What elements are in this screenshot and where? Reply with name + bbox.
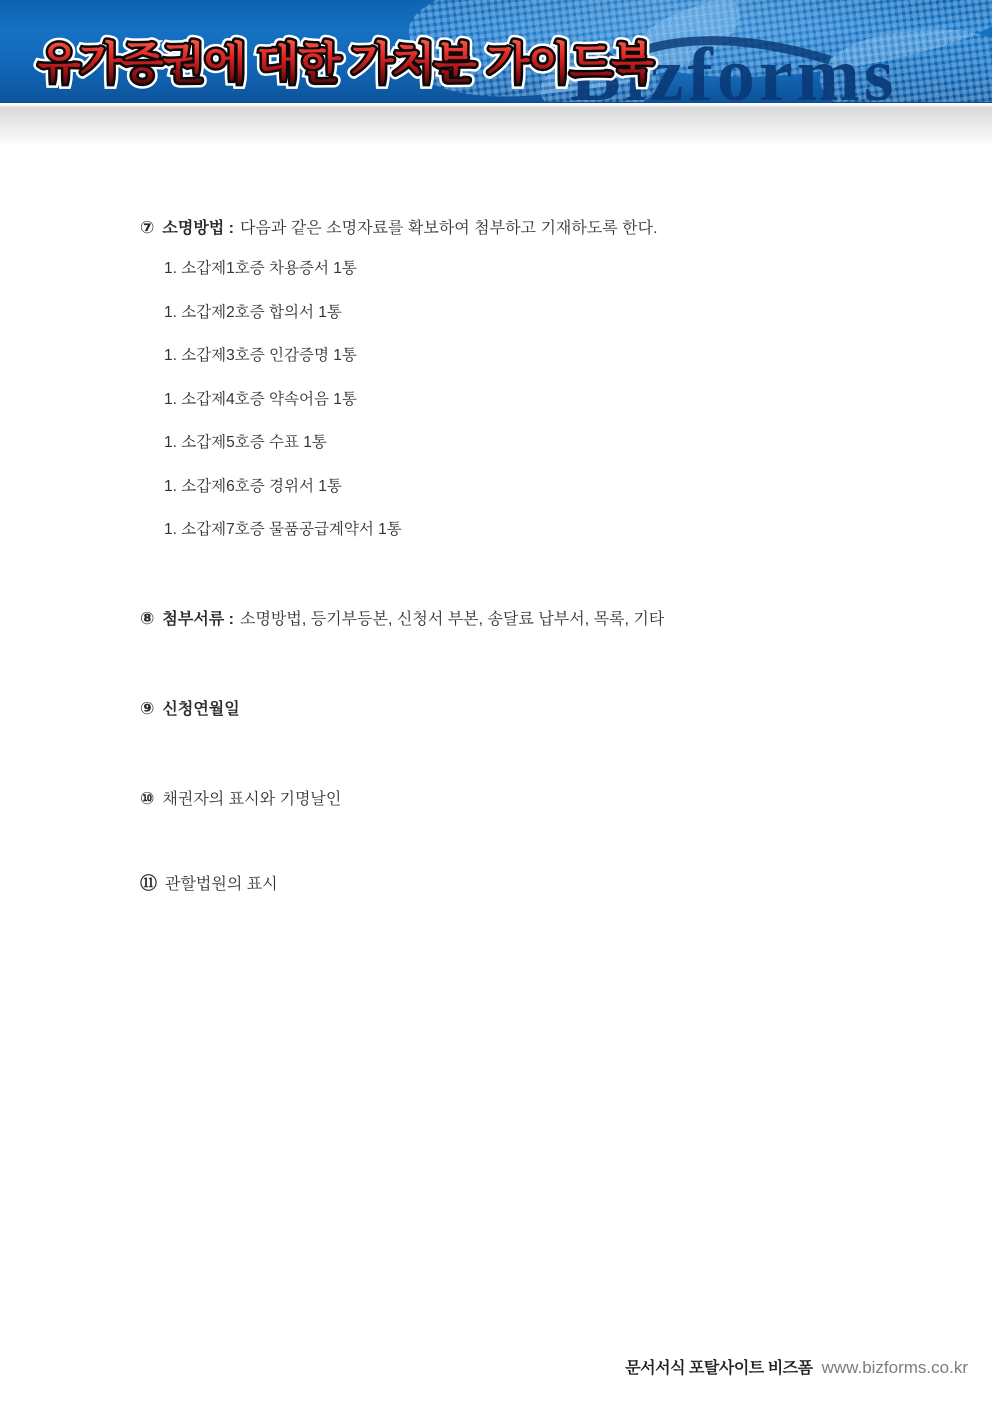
footer-url: www.bizforms.co.kr bbox=[822, 1358, 968, 1378]
circled-number-8: ⑧ bbox=[140, 609, 154, 628]
section-somyeong-bangbeop: ⑦소명방법 :다음과 같은 소명자료를 확보하여 첨부하고 기재하도록 한다. bbox=[140, 215, 658, 238]
section-text: 관할법원의 표시 bbox=[165, 876, 278, 893]
footer-site-label: 문서서식 포탈사이트 비즈폼 bbox=[625, 1355, 812, 1378]
footer-branding: 문서서식 포탈사이트 비즈폼 www.bizforms.co.kr bbox=[625, 1355, 968, 1378]
section-text: 소명방법, 등기부등본, 신청서 부본, 송달료 납부서, 목록, 기타 bbox=[240, 611, 664, 628]
circled-number-9: ⑨ bbox=[140, 699, 154, 718]
list-item: 1. 소갑제6호증 경위서 1통 bbox=[164, 465, 402, 509]
evidence-document-list: 1. 소갑제1호증 차용증서 1통 1. 소갑제2호증 합의서 1통 1. 소갑… bbox=[164, 247, 402, 552]
page-title-text: 유가증권에 대한 가처분 가이드북 bbox=[38, 34, 653, 94]
list-item: 1. 소갑제7호증 물품공급계약서 1통 bbox=[164, 508, 402, 552]
list-item: 1. 소갑제1호증 차용증서 1통 bbox=[164, 247, 402, 291]
list-item: 1. 소갑제5호증 수표 1통 bbox=[164, 421, 402, 465]
list-item: 1. 소갑제4호증 약속어음 1통 bbox=[164, 378, 402, 422]
document-page: Bizforms 유가증권에 대한 가처분 가이드북 유가증권에 대한 가처분 … bbox=[0, 0, 992, 1403]
section-sincheong-yeonworil: ⑨신청연월일 bbox=[140, 696, 246, 719]
section-chaegwonja-pyosi: ⑩채권자의 표시와 기명날인 bbox=[140, 786, 341, 809]
section-label: 신청연월일 bbox=[162, 701, 239, 718]
section-cheombu-seoryu: ⑧첨부서류 :소명방법, 등기부등본, 신청서 부본, 송달료 납부서, 목록,… bbox=[140, 606, 664, 629]
header-banner: Bizforms 유가증권에 대한 가처분 가이드북 유가증권에 대한 가처분 … bbox=[0, 0, 992, 103]
section-gwanhal-beobwon: ⑪관할법원의 표시 bbox=[140, 869, 278, 894]
header-divider-band bbox=[0, 104, 992, 145]
section-label: 소명방법 : bbox=[162, 220, 234, 237]
list-item: 1. 소갑제3호증 인감증명 1통 bbox=[164, 334, 402, 378]
circled-number-10: ⑩ bbox=[140, 789, 154, 808]
section-text: 채권자의 표시와 기명날인 bbox=[162, 791, 341, 808]
circled-number-11: ⑪ bbox=[140, 874, 157, 893]
circled-number-7: ⑦ bbox=[140, 218, 154, 237]
list-item: 1. 소갑제2호증 합의서 1통 bbox=[164, 291, 402, 335]
section-label: 첨부서류 : bbox=[162, 611, 234, 628]
section-text: 다음과 같은 소명자료를 확보하여 첨부하고 기재하도록 한다. bbox=[240, 220, 658, 237]
